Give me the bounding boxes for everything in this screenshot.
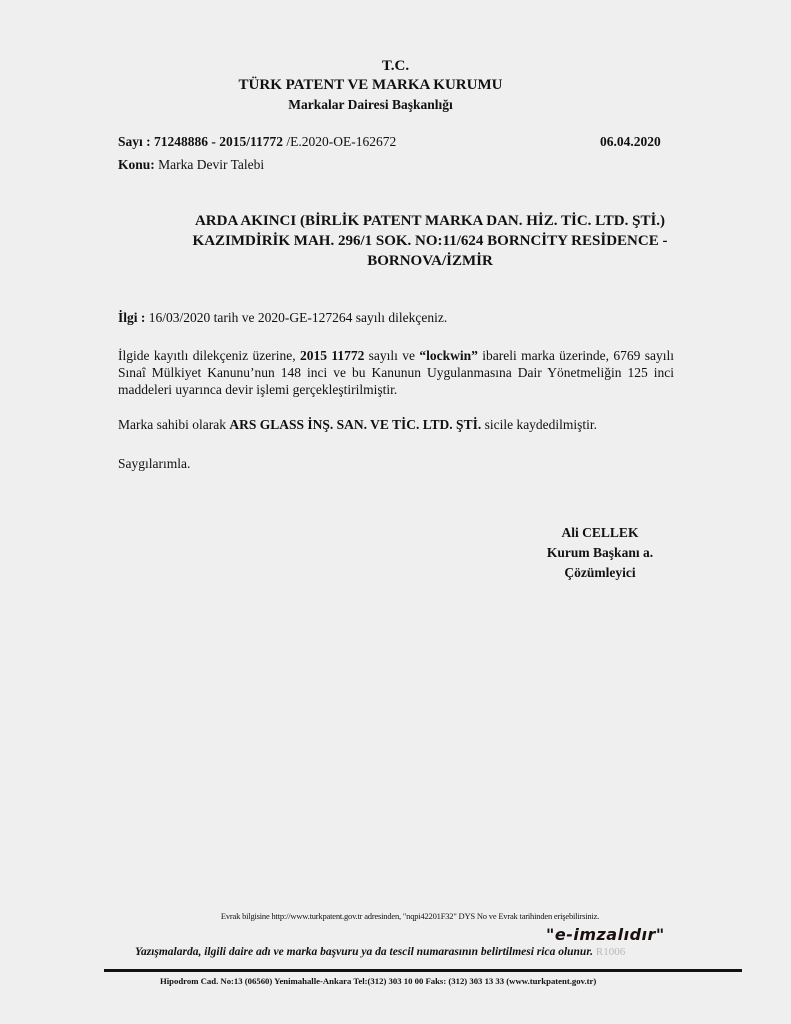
reference-number-line: Sayı : 71248886 - 2015/11772 /E.2020-OE-… — [118, 134, 396, 150]
para1-text-a: İlgide kayıtlı dilekçeniz üzerine, — [118, 348, 300, 363]
addressee-block: ARDA AKINCI (BİRLİK PATENT MARKA DAN. Hİ… — [150, 211, 710, 271]
e-signature-stamp: "e-imzalıdır" — [546, 925, 665, 944]
footer-address: Hipodrom Cad. No:13 (06560) Yenimahalle-… — [160, 976, 596, 986]
para1-text-b: sayılı ve — [364, 348, 419, 363]
header-organization: TÜRK PATENT VE MARKA KURUMU — [0, 77, 741, 94]
footer-document-info: Evrak bilgisine http://www.turkpatent.go… — [0, 911, 791, 921]
header-department: Markalar Dairesi Başkanlığı — [0, 97, 741, 113]
reference-number: 71248886 - 2015/11772 — [154, 134, 283, 149]
related-label: İlgi : — [118, 310, 145, 325]
signatory-name: Ali CELLEK — [520, 523, 680, 543]
footer-note-text: Yazışmalarda, ilgili daire adı ve marka … — [135, 946, 593, 958]
reference-suffix: /E.2020-OE-162672 — [286, 134, 396, 149]
addressee-name: ARDA AKINCI (BİRLİK PATENT MARKA DAN. Hİ… — [150, 211, 710, 231]
signature-block: Ali CELLEK Kurum Başkanı a. Çözümleyici — [520, 523, 680, 583]
new-owner-name: ARS GLASS İNŞ. SAN. VE TİC. LTD. ŞTİ. — [229, 417, 481, 432]
subject-label: Konu: — [118, 157, 155, 172]
subject-line: Konu: Marka Devir Talebi — [118, 157, 264, 173]
document-date: 06.04.2020 — [600, 134, 661, 150]
para2-text-a: Marka sahibi olarak — [118, 417, 229, 432]
signatory-role: Çözümleyici — [520, 563, 680, 583]
reference-label: Sayı : — [118, 134, 151, 149]
para2-text-b: sicile kaydedilmiştir. — [481, 417, 597, 432]
subject-value: Marka Devir Talebi — [158, 157, 264, 172]
body-paragraph-2: Marka sahibi olarak ARS GLASS İNŞ. SAN. … — [118, 417, 597, 433]
related-text: 16/03/2020 tarih ve 2020-GE-127264 sayıl… — [149, 310, 447, 325]
body-paragraph-1: İlgide kayıtlı dilekçeniz üzerine, 2015 … — [118, 347, 674, 398]
signatory-title: Kurum Başkanı a. — [520, 543, 680, 563]
header-tc: T.C. — [0, 58, 791, 75]
addressee-address: KAZIMDİRİK MAH. 296/1 SOK. NO:11/624 BOR… — [150, 231, 710, 251]
addressee-city: BORNOVA/İZMİR — [150, 251, 710, 271]
closing-salutation: Saygılarımla. — [118, 456, 190, 472]
trademark-name: “lockwin” — [419, 348, 478, 363]
footer-divider — [104, 969, 742, 972]
footer-note: Yazışmalarda, ilgili daire adı ve marka … — [135, 946, 625, 958]
form-code: R1006 — [596, 946, 625, 958]
trademark-number: 2015 11772 — [300, 348, 364, 363]
related-line: İlgi : 16/03/2020 tarih ve 2020-GE-12726… — [118, 310, 447, 326]
